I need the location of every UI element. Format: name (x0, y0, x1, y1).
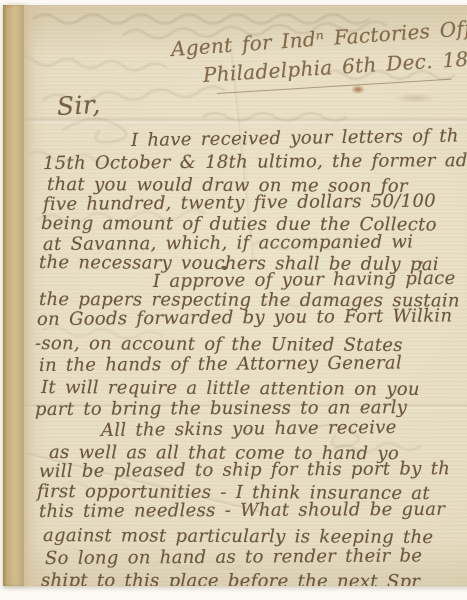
letter-line: 15th October & 18th ultimo, the former a… (43, 151, 467, 174)
letter-line: shipt to this place before the next Spr (41, 571, 420, 586)
scanned-letter: Agent for Indⁿ Factories Offic Philadelp… (0, 0, 467, 600)
letter-line: I have received your letters of th (131, 126, 459, 151)
letter-line: on Goods forwarded by you to Fort Wilkin (37, 306, 453, 330)
letter-paper: Agent for Indⁿ Factories Offic Philadelp… (3, 5, 467, 586)
letter-line: So long on hand as to render their be (45, 546, 422, 569)
letter-salutation: Sir, (56, 95, 100, 117)
letter-line: will be pleased to ship for this port by… (39, 459, 450, 482)
letter-line: All the skins you have receive (101, 418, 397, 441)
letter-line: five hundred, twenty five dollars 50/100 (43, 192, 436, 215)
letter-line: this time needless - What should be guar (39, 500, 445, 522)
letter-line: in the hands of the Attorney General (39, 353, 402, 376)
paper-smudge (395, 93, 435, 103)
binding-tape-edge (24, 5, 36, 586)
letter-line: I approve of your having place (153, 269, 456, 292)
binding-tape-strip (3, 5, 24, 586)
rust-stain (351, 85, 365, 94)
